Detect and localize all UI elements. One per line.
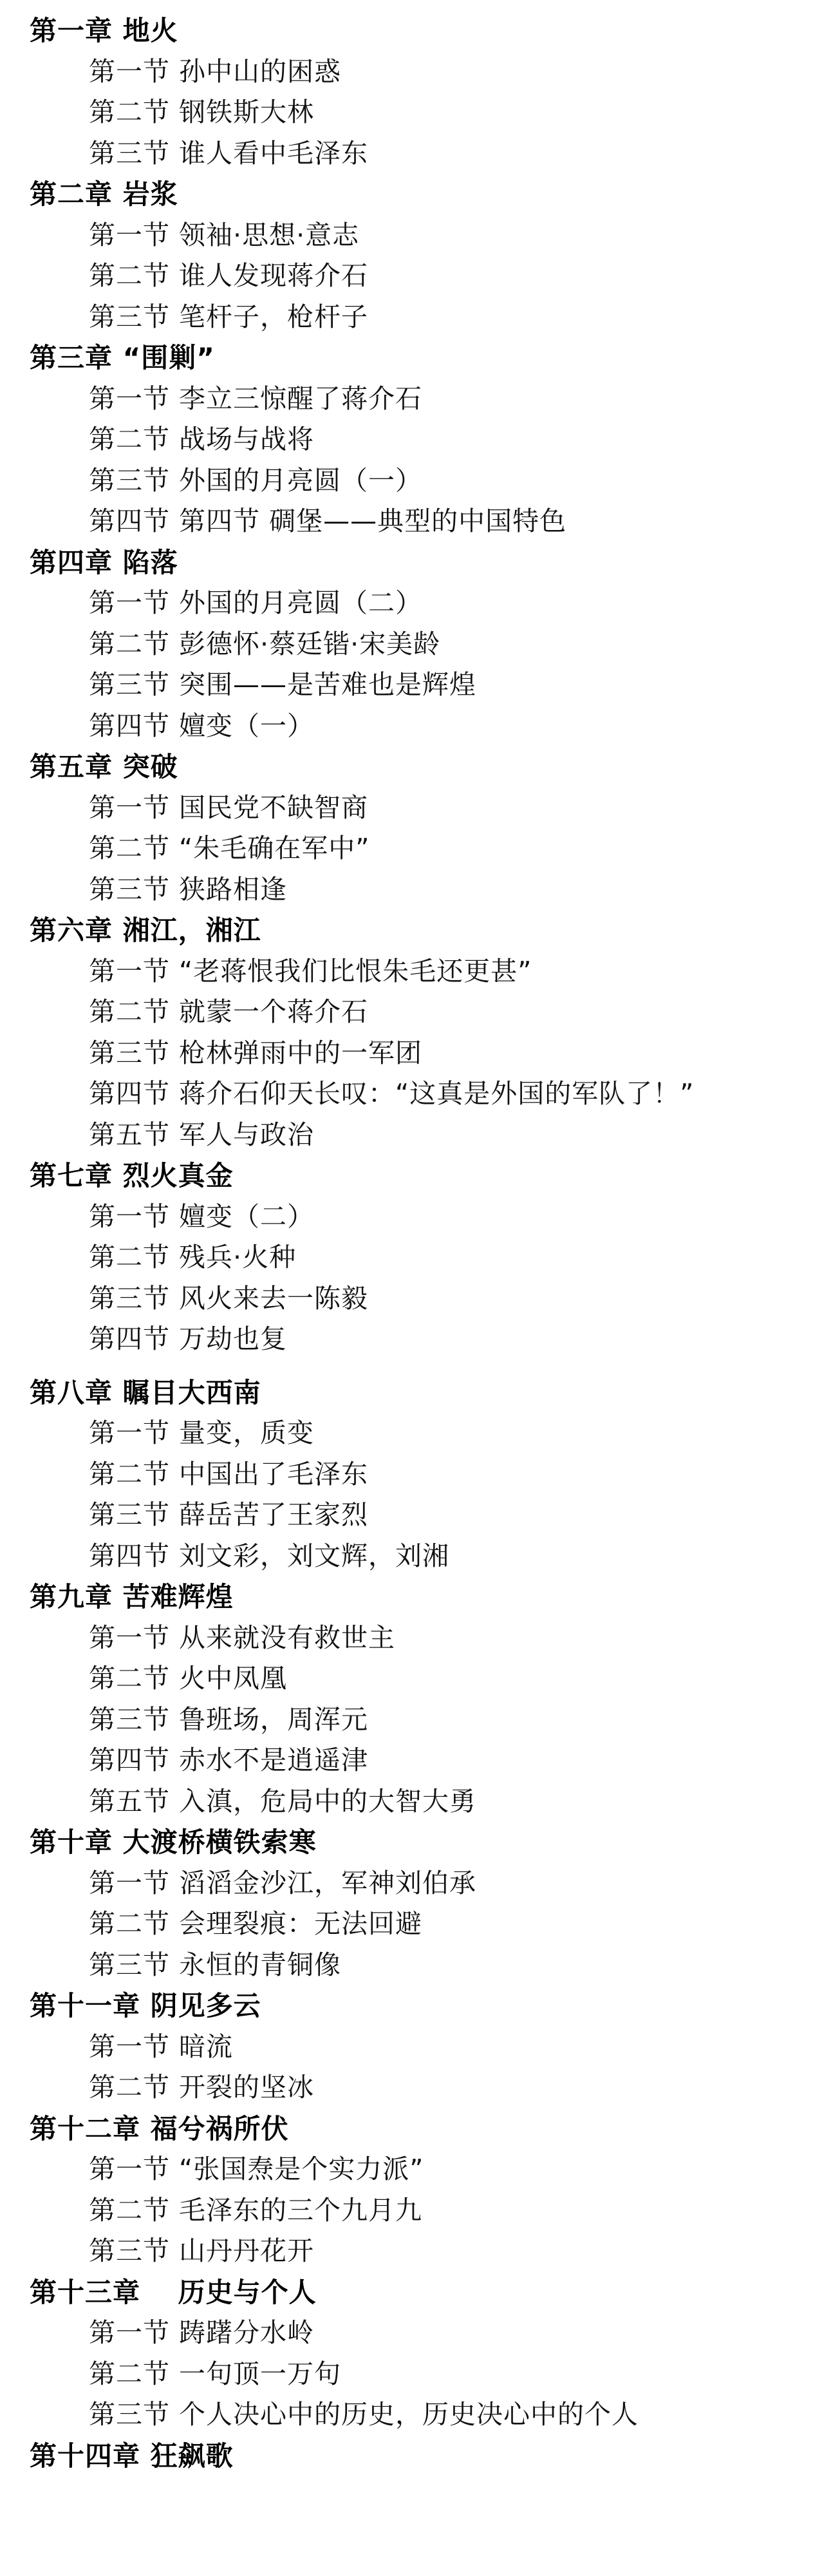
chapter-title[interactable]: 第七章 烈火真金 <box>0 1155 831 1197</box>
section-item[interactable]: 第一节 “张国焘是个实力派” <box>0 2149 831 2190</box>
chapter-title[interactable]: 第五章 突破 <box>0 746 831 788</box>
section-item[interactable]: 第四节 第四节 碉堡——典型的中国特色 <box>0 501 831 542</box>
section-item[interactable]: 第三节 枪林弹雨中的一军团 <box>0 1033 831 1074</box>
section-item[interactable]: 第二节 毛泽东的三个九月九 <box>0 2190 831 2231</box>
section-item[interactable]: 第二节 战场与战将 <box>0 419 831 460</box>
section-item[interactable]: 第一节 从来就没有救世主 <box>0 1618 831 1659</box>
chapter-2: 第二章 岩浆 第一节 领袖·思想·意志 第二节 谁人发现蒋介石 第三节 笔杆子，… <box>0 174 831 337</box>
section-item[interactable]: 第五节 军人与政治 <box>0 1115 831 1156</box>
section-item[interactable]: 第一节 李立三惊醒了蒋介石 <box>0 379 831 420</box>
chapter-title[interactable]: 第一章 地火 <box>0 10 831 52</box>
section-item[interactable]: 第三节 薛岳苦了王家烈 <box>0 1495 831 1536</box>
section-item[interactable]: 第三节 外国的月亮圆（一） <box>0 460 831 502</box>
section-item[interactable]: 第二节 中国出了毛泽东 <box>0 1454 831 1495</box>
chapter-7: 第七章 烈火真金 第一节 嬗变（二） 第二节 残兵·火种 第三节 风火来去一陈毅… <box>0 1155 831 1360</box>
section-item[interactable]: 第二节 会理裂痕：无法回避 <box>0 1904 831 1945</box>
chapter-1: 第一章 地火 第一节 孙中山的困惑 第二节 钢铁斯大林 第三节 谁人看中毛泽东 <box>0 10 831 174</box>
section-item[interactable]: 第三节 个人决心中的历史，历史决心中的个人 <box>0 2394 831 2436</box>
section-item[interactable]: 第三节 突围——是苦难也是辉煌 <box>0 665 831 706</box>
chapter-title[interactable]: 第九章 苦难辉煌 <box>0 1577 831 1618</box>
section-item[interactable]: 第二节 一句顶一万句 <box>0 2354 831 2395</box>
chapter-title[interactable]: 第十三章 历史与个人 <box>0 2272 831 2313</box>
section-item[interactable]: 第二节 火中凤凰 <box>0 1658 831 1700</box>
section-item[interactable]: 第四节 刘文彩，刘文辉，刘湘 <box>0 1536 831 1577</box>
section-item[interactable]: 第一节 量变，质变 <box>0 1413 831 1454</box>
table-of-contents: 第一章 地火 第一节 孙中山的困惑 第二节 钢铁斯大林 第三节 谁人看中毛泽东 … <box>0 10 831 2476</box>
section-item[interactable]: 第一节 “老蒋恨我们比恨朱毛还更甚” <box>0 951 831 992</box>
chapter-10: 第十章 大渡桥横铁索寒 第一节 滔滔金沙江，军神刘伯承 第二节 会理裂痕：无法回… <box>0 1822 831 1985</box>
section-item[interactable]: 第二节 就蒙一个蒋介石 <box>0 992 831 1033</box>
chapter-14: 第十四章 狂飙歌 <box>0 2436 831 2477</box>
section-item[interactable]: 第三节 山丹丹花开 <box>0 2231 831 2272</box>
section-item[interactable]: 第三节 风火来去一陈毅 <box>0 1278 831 1320</box>
section-item[interactable]: 第一节 滔滔金沙江，军神刘伯承 <box>0 1863 831 1904</box>
chapter-title[interactable]: 第四章 陷落 <box>0 542 831 583</box>
chapter-title[interactable]: 第十章 大渡桥横铁索寒 <box>0 1822 831 1863</box>
section-item[interactable]: 第一节 国民党不缺智商 <box>0 788 831 829</box>
section-item[interactable]: 第三节 笔杆子，枪杆子 <box>0 297 831 338</box>
section-item[interactable]: 第二节 钢铁斯大林 <box>0 92 831 133</box>
section-item[interactable]: 第四节 万劫也复 <box>0 1319 831 1360</box>
chapter-title[interactable]: 第二章 岩浆 <box>0 174 831 215</box>
section-item[interactable]: 第二节 谁人发现蒋介石 <box>0 256 831 297</box>
section-item[interactable]: 第三节 狭路相逢 <box>0 869 831 911</box>
chapter-4: 第四章 陷落 第一节 外国的月亮圆（二） 第二节 彭德怀·蔡廷锴·宋美龄 第三节… <box>0 542 831 747</box>
section-item[interactable]: 第四节 嬗变（一） <box>0 706 831 747</box>
section-item[interactable]: 第一节 外国的月亮圆（二） <box>0 583 831 624</box>
section-item[interactable]: 第二节 开裂的坚冰 <box>0 2067 831 2108</box>
section-item[interactable]: 第三节 谁人看中毛泽东 <box>0 133 831 175</box>
chapter-5: 第五章 突破 第一节 国民党不缺智商 第二节 “朱毛确在军中” 第三节 狭路相逢 <box>0 746 831 910</box>
section-item[interactable]: 第三节 永恒的青铜像 <box>0 1945 831 1986</box>
chapter-title[interactable]: 第十四章 狂飙歌 <box>0 2436 831 2477</box>
section-item[interactable]: 第一节 孙中山的困惑 <box>0 52 831 93</box>
section-item[interactable]: 第一节 暗流 <box>0 2027 831 2068</box>
section-item[interactable]: 第二节 “朱毛确在军中” <box>0 828 831 869</box>
chapter-9: 第九章 苦难辉煌 第一节 从来就没有救世主 第二节 火中凤凰 第三节 鲁班场，周… <box>0 1577 831 1822</box>
section-item[interactable]: 第二节 残兵·火种 <box>0 1237 831 1278</box>
section-item[interactable]: 第一节 领袖·思想·意志 <box>0 215 831 256</box>
chapter-6: 第六章 湘江，湘江 第一节 “老蒋恨我们比恨朱毛还更甚” 第二节 就蒙一个蒋介石… <box>0 910 831 1155</box>
chapter-3: 第三章 “围剿” 第一节 李立三惊醒了蒋介石 第二节 战场与战将 第三节 外国的… <box>0 337 831 542</box>
chapter-title[interactable]: 第三章 “围剿” <box>0 337 831 379</box>
section-item[interactable]: 第一节 踌躇分水岭 <box>0 2313 831 2354</box>
section-item[interactable]: 第一节 嬗变（二） <box>0 1197 831 1238</box>
section-item[interactable]: 第四节 蒋介石仰天长叹：“这真是外国的军队了！” <box>0 1074 831 1115</box>
chapter-8: 第八章 瞩目大西南 第一节 量变，质变 第二节 中国出了毛泽东 第三节 薛岳苦了… <box>0 1372 831 1577</box>
chapter-11: 第十一章 阴见多云 第一节 暗流 第二节 开裂的坚冰 <box>0 1985 831 2108</box>
section-item[interactable]: 第五节 入滇，危局中的大智大勇 <box>0 1781 831 1823</box>
chapter-12: 第十二章 福兮祸所伏 第一节 “张国焘是个实力派” 第二节 毛泽东的三个九月九 … <box>0 2108 831 2272</box>
chapter-13: 第十三章 历史与个人 第一节 踌躇分水岭 第二节 一句顶一万句 第三节 个人决心… <box>0 2272 831 2436</box>
section-item[interactable]: 第四节 赤水不是逍遥津 <box>0 1740 831 1781</box>
chapter-title[interactable]: 第八章 瞩目大西南 <box>0 1372 831 1414</box>
chapter-title[interactable]: 第十二章 福兮祸所伏 <box>0 2108 831 2150</box>
chapter-title[interactable]: 第六章 湘江，湘江 <box>0 910 831 951</box>
section-item[interactable]: 第二节 彭德怀·蔡廷锴·宋美龄 <box>0 624 831 665</box>
chapter-title[interactable]: 第十一章 阴见多云 <box>0 1985 831 2027</box>
section-item[interactable]: 第三节 鲁班场，周浑元 <box>0 1700 831 1741</box>
